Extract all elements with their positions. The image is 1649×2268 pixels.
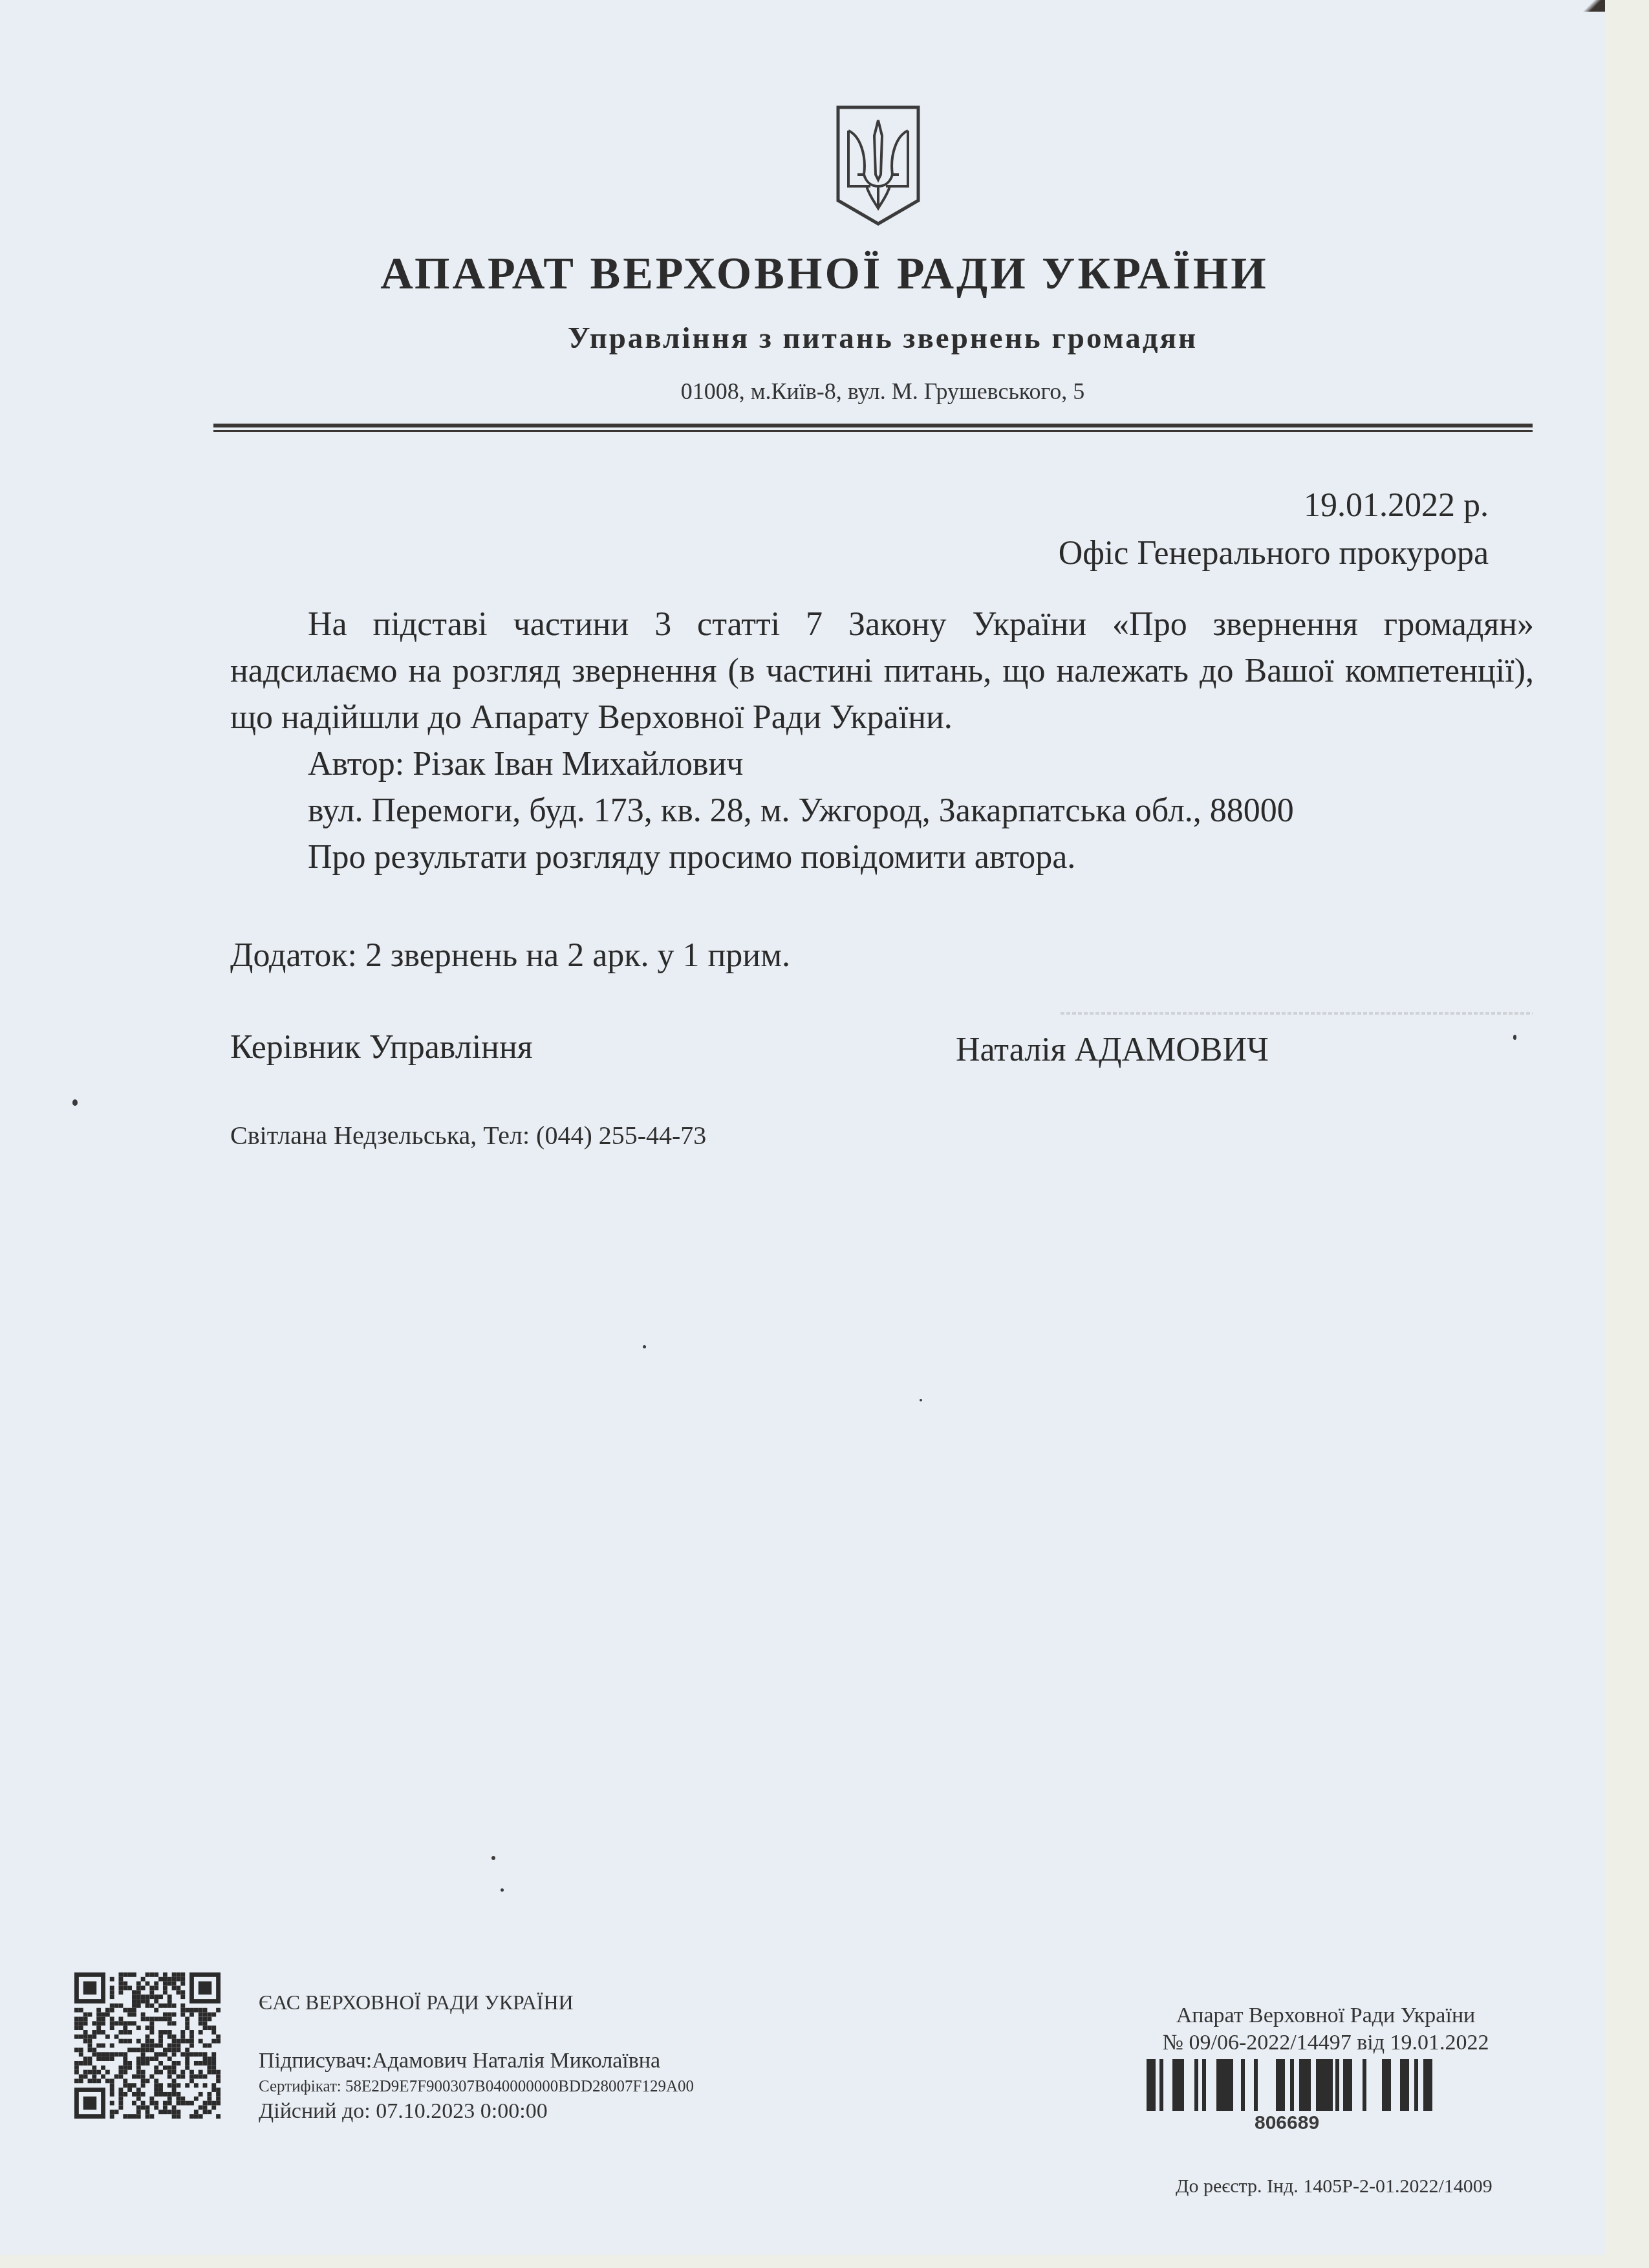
signatory-name: Наталія АДАМОВИЧ [956,1031,1269,1069]
scan-speck [491,1856,495,1860]
registration-number: № 09/06-2022/14497 від 19.01.2022 [1099,2031,1552,2055]
signer: Підписувач:Адамович Наталія Миколаївна [259,2049,660,2073]
certificate-id: Сертифікат: 58E2D9E7F900307B040000000BDD… [259,2078,694,2096]
annex-note: Додаток: 2 звернень на 2 арк. у 1 прим. [230,936,790,975]
addressee: Офіс Генерального прокурора [1059,534,1489,572]
certificate-valid-until: Дійсний до: 07.10.2023 0:00:00 [259,2099,548,2124]
letter-date: 19.01.2022 р. [1304,486,1489,524]
scan-speck [920,1399,922,1401]
scan-speck [72,1099,78,1106]
registry-index: До реєстр. Інд. 1405Р-2-01.2022/14009 [1176,2176,1493,2198]
document-page: АПАРАТ ВЕРХОВНОЇ РАДИ УКРАЇНИ Управління… [0,0,1605,2255]
scan-speck [1513,1035,1516,1040]
scan-speck [501,1888,504,1892]
organization-title: АПАРАТ ВЕРХОВНОЇ РАДИ УКРАЇНИ [0,248,1649,300]
author-address: вул. Перемоги, буд. 173, кв. 28, м. Ужго… [230,788,1534,834]
registration-organization: Апарат Верховної Ради України [1099,2003,1552,2028]
ukraine-coat-of-arms-icon [834,103,922,226]
author-name: Автор: Різак Іван Михайлович [230,741,1534,788]
faint-scan-line [1061,1012,1533,1015]
signatory-title: Керівник Управління [230,1028,533,1066]
executor-contact: Світлана Недзельська, Тел: (044) 255-44-… [230,1120,706,1150]
header-divider-thick [213,424,1533,427]
scan-corner-shadow [1579,0,1605,12]
organization-address: 01008, м.Київ-8, вул. М. Грушевського, 5 [0,378,1649,405]
barcode-icon [1147,2059,1444,2111]
letter-body: На підставі частини 3 статті 7 Закону Ук… [230,601,1534,881]
scan-speck [643,1345,646,1348]
barcode-number: 806689 [1255,2112,1319,2134]
main-paragraph: На підставі частини 3 статті 7 Закону Ук… [230,601,1534,741]
eas-title: ЄАС ВЕРХОВНОЇ РАДИ УКРАЇНИ [259,1991,574,2014]
qr-code-icon [74,1972,221,2119]
header-divider-thin [213,430,1533,432]
department-title: Управління з питань звернень громадян [0,321,1649,356]
response-request: Про результати розгляду просимо повідоми… [230,834,1534,881]
